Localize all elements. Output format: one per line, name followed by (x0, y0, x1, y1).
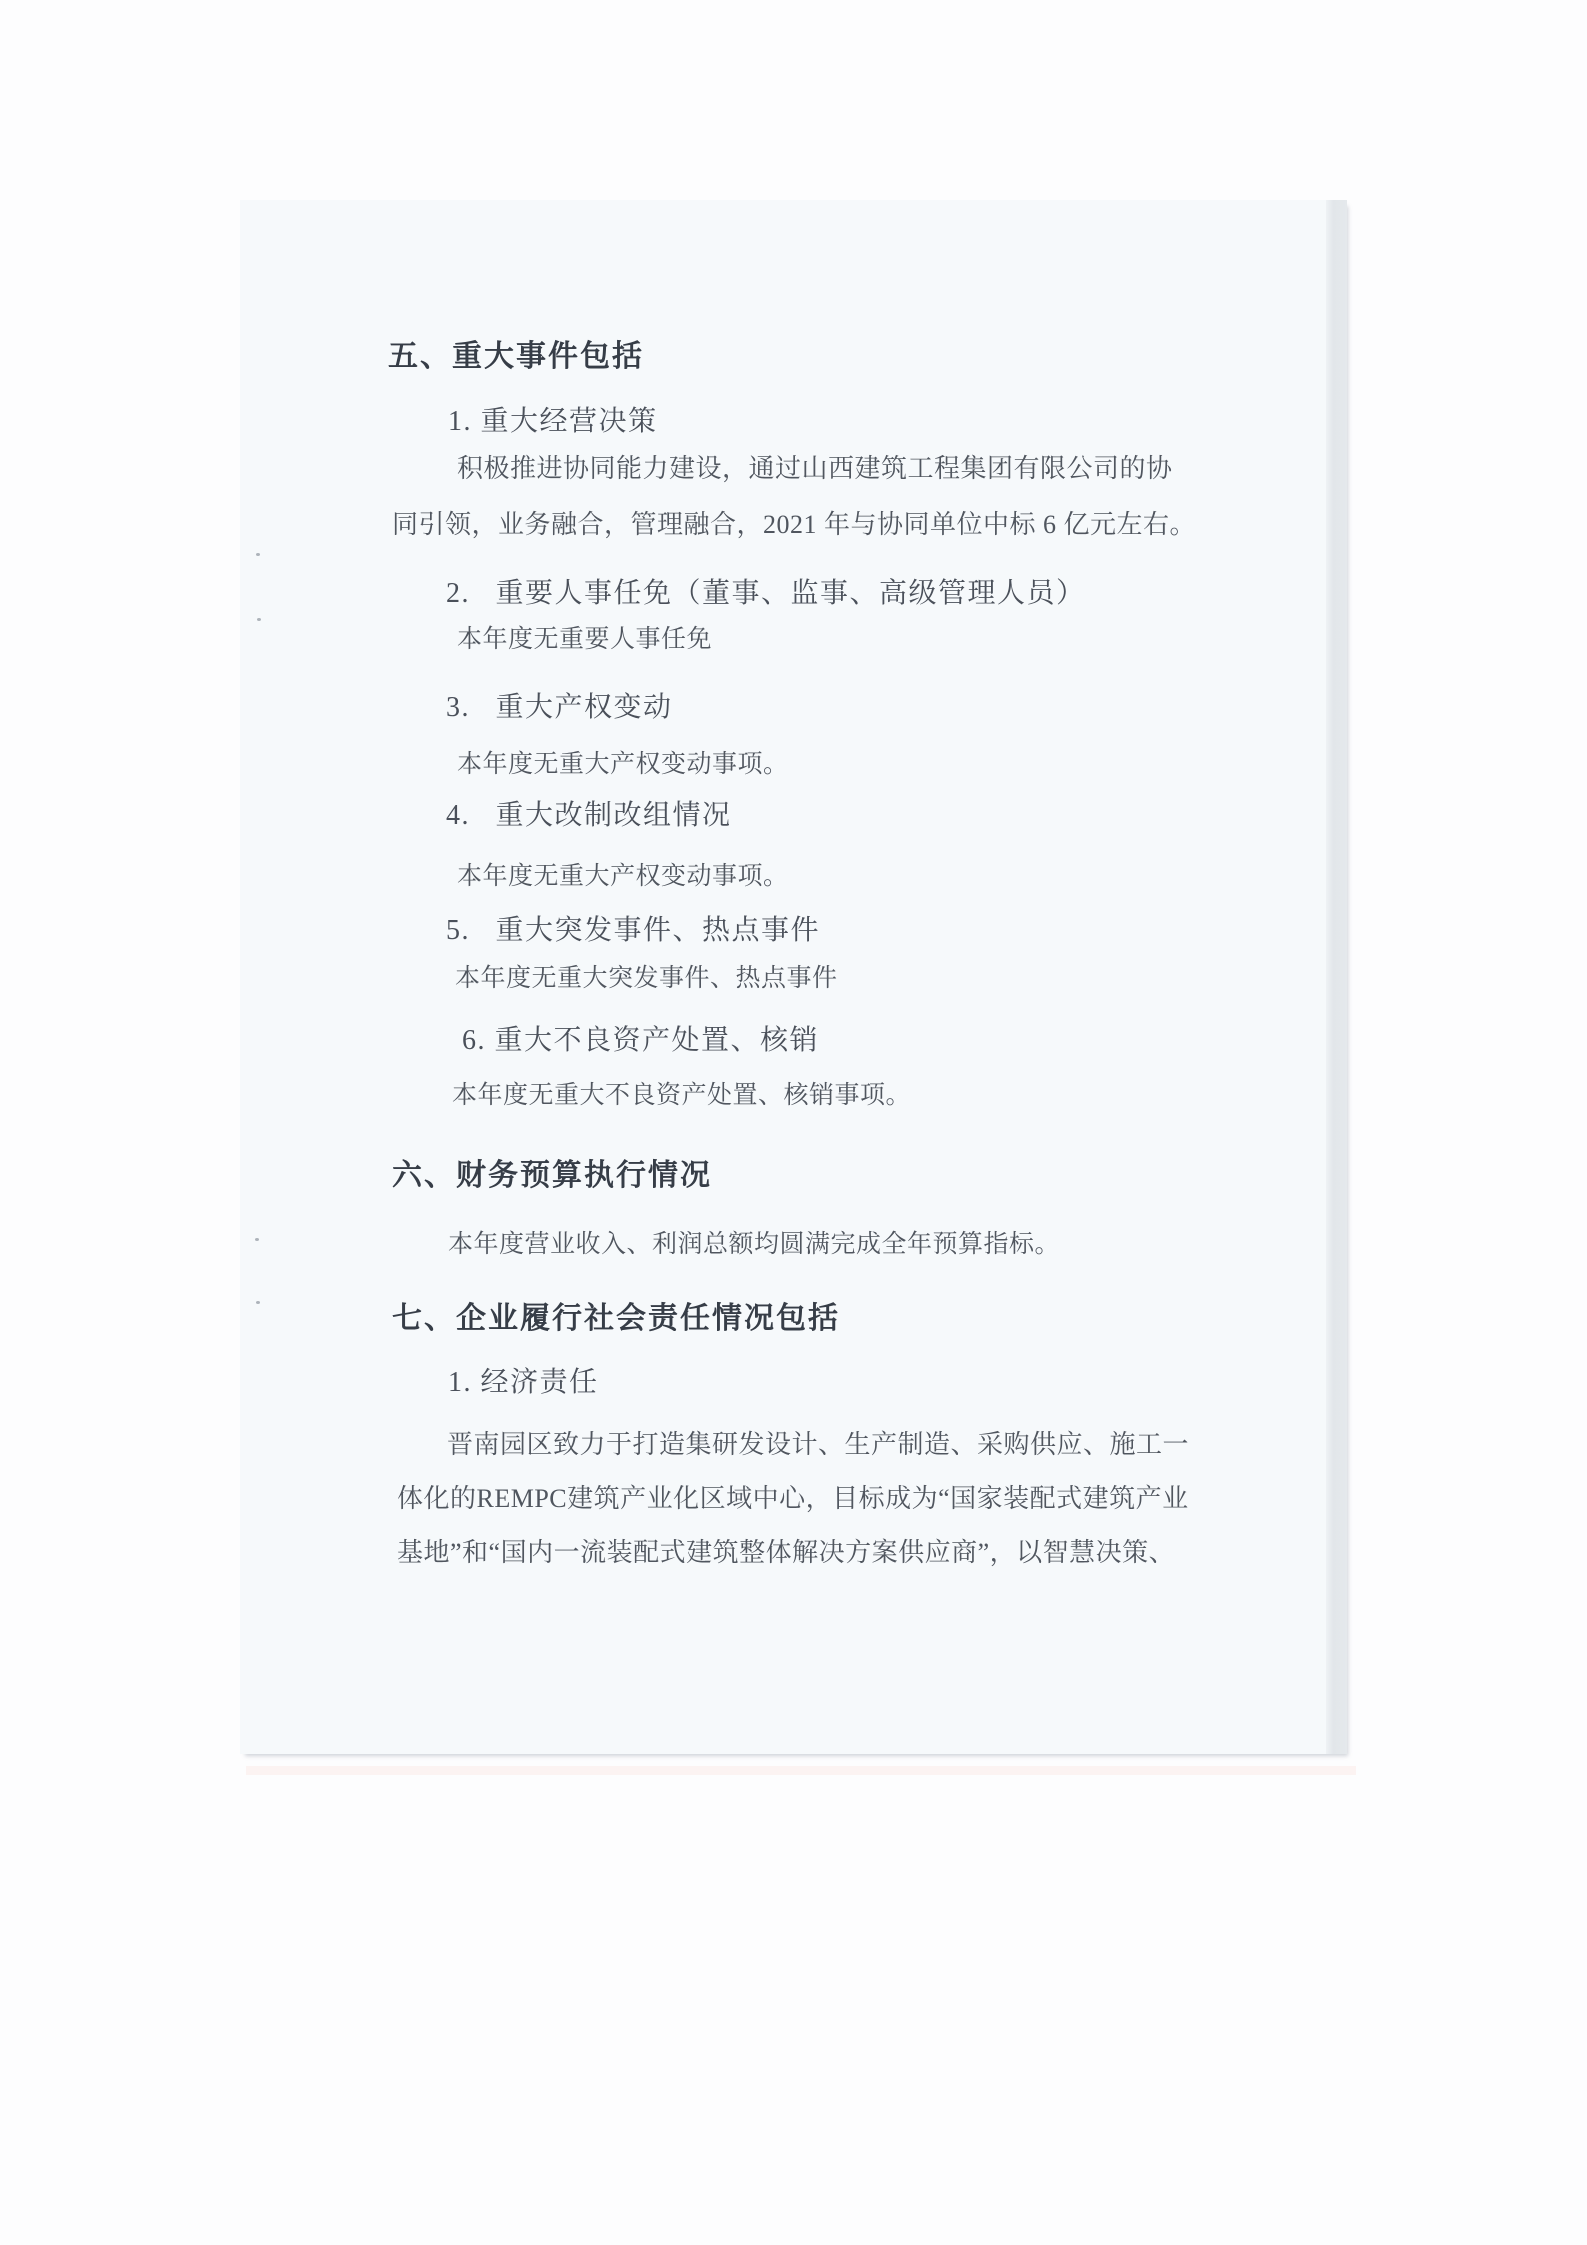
scan-speck (257, 618, 261, 621)
subitem-6-body: 本年度无重大不良资产处置、核销事项。 (452, 1082, 911, 1110)
section-6-body: 本年度营业收入、利润总额均圆满完成全年预算指标。 (448, 1231, 1060, 1259)
scan-artifact-strip (246, 1766, 1356, 1775)
scan-speck (256, 553, 260, 556)
section-heading-6: 六、财务预算执行情况 (392, 1160, 712, 1192)
subitem-1-title: 1. 重大经营决策 (448, 407, 658, 437)
scan-speck (255, 1238, 259, 1241)
section-heading-5: 五、重大事件包括 (388, 341, 644, 373)
page-edge-shadow (1326, 200, 1347, 1754)
paragraph-line: 同引领，业务融合，管理融合，2021 年与协同单位中标 6 亿元左右。 (392, 511, 1196, 539)
paragraph-line: 体化的REMPC建筑产业化区域中心，目标成为“国家装配式建筑产业 (397, 1485, 1189, 1513)
scan-speck (256, 1301, 260, 1304)
subitem-4-body: 本年度无重大产权变动事项。 (457, 863, 789, 891)
paragraph-line: 基地”和“国内一流装配式建筑整体解决方案供应商”，以智慧决策、 (397, 1539, 1175, 1567)
section-heading-7: 七、企业履行社会责任情况包括 (392, 1303, 840, 1335)
paragraph-line: 积极推进协同能力建设，通过山西建筑工程集团有限公司的协 (457, 455, 1173, 483)
subitem-5-title: 5. 重大突发事件、热点事件 (446, 916, 820, 946)
subitem-6-title: 6. 重大不良资产处置、核销 (462, 1026, 819, 1056)
subitem-4-title: 4. 重大改制改组情况 (446, 801, 732, 831)
subitem-2-body: 本年度无重要人事任免 (457, 626, 712, 654)
subitem-3-body: 本年度无重大产权变动事项。 (457, 751, 789, 779)
subitem-2-title: 2. 重要人事任免（董事、监事、高级管理人员） (446, 579, 1086, 609)
subitem-3-title: 3. 重大产权变动 (446, 693, 673, 723)
scan-canvas: 五、重大事件包括 1. 重大经营决策 积极推进协同能力建设，通过山西建筑工程集团… (0, 0, 1587, 2245)
paragraph-line: 晋南园区致力于打造集研发设计、生产制造、采购供应、施工一 (447, 1431, 1189, 1459)
subitem-economic-title: 1. 经济责任 (448, 1368, 599, 1398)
subitem-5-body: 本年度无重大突发事件、热点事件 (455, 965, 838, 993)
